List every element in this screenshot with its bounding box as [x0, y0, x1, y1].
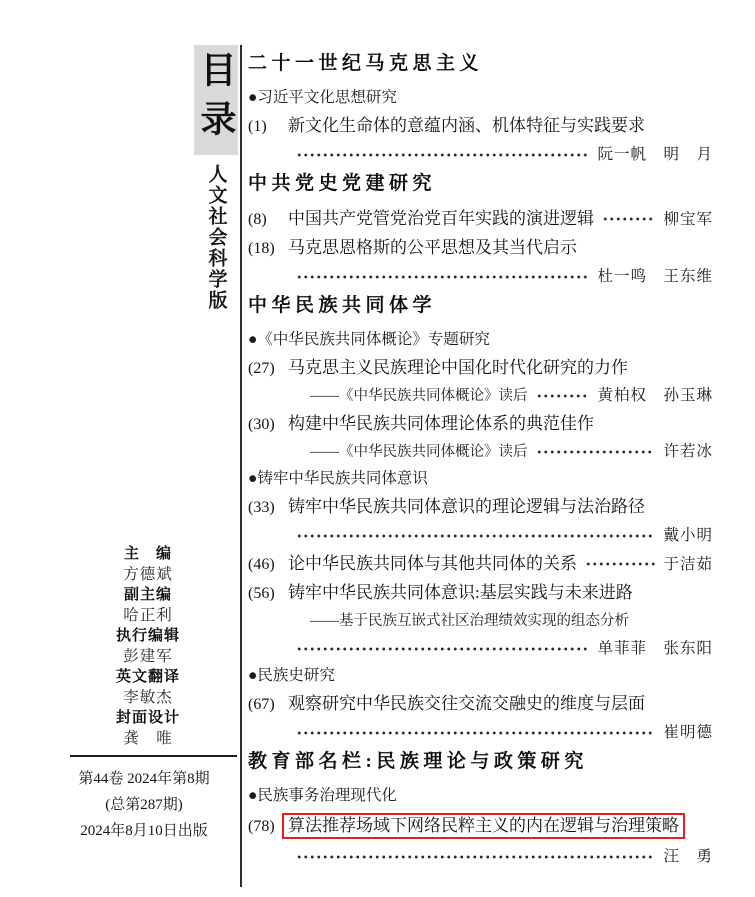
- edition-label-wrap: 人文社会科学版: [194, 164, 238, 311]
- dot-leader: [296, 529, 655, 543]
- dot-leader: [536, 389, 590, 403]
- article-title: 马克思恩格斯的公平思想及其当代启示: [288, 237, 577, 258]
- highlighted-article-title[interactable]: 算法推荐场域下网络民粹主义的内在逻辑与治理策略: [282, 813, 685, 839]
- toc-entry: (8) 中国共产党管党治党百年实践的演进逻辑 柳宝军: [248, 208, 713, 230]
- page-number: (1): [248, 116, 288, 137]
- article-title: 铸牢中华民族共同体意识的理论逻辑与法治路径: [288, 496, 645, 517]
- page-number: (8): [248, 209, 288, 230]
- toc-entry: (33) 铸牢中华民族共同体意识的理论逻辑与法治路径: [248, 496, 713, 518]
- toc-entry: (67) 观察研究中华民族交往交流交融史的维度与层面: [248, 693, 713, 715]
- editor-role: 副主编: [58, 585, 238, 605]
- article-authors: 单菲菲 张东阳: [597, 638, 713, 659]
- editor-role: 主 编: [58, 544, 238, 564]
- toc-title-block: 目录: [194, 45, 238, 155]
- article-authors: 崔明德: [663, 722, 713, 743]
- editor-name: 李敏杰: [58, 687, 238, 708]
- article-title: 铸牢中华民族共同体意识:基层实践与未来进路: [288, 582, 633, 603]
- topic-label: ●习近平文化思想研究: [248, 88, 713, 108]
- journal-toc-page: 目录 人文社会科学版 主 编 方德斌 副主编 哈正利 执行编辑 彭建军 英文翻译…: [0, 0, 755, 897]
- leader-line: 戴小明: [248, 525, 713, 546]
- dot-leader: [602, 212, 655, 226]
- page-number: (30): [248, 414, 288, 435]
- page-number: (46): [248, 554, 288, 575]
- toc-entry: (78) 算法推荐场域下网络民粹主义的内在逻辑与治理策略: [248, 813, 713, 839]
- article-subtitle: ——《中华民族共同体概论》读后: [310, 442, 528, 462]
- editor-name: 哈正利: [58, 605, 238, 626]
- dot-leader: [296, 850, 655, 864]
- toc-content: 二十一世纪马克思主义 ●习近平文化思想研究 (1) 新文化生命体的意蕴内涵、机体…: [248, 52, 713, 874]
- toc-entry: (30) 构建中华民族共同体理论体系的典范佳作: [248, 413, 713, 435]
- page-number: (67): [248, 694, 288, 715]
- page-number: (27): [248, 358, 288, 379]
- article-authors: 阮一帆 明 月: [597, 144, 713, 165]
- editor-name: 彭建军: [58, 646, 238, 667]
- toc-entry: (1) 新文化生命体的意蕴内涵、机体特征与实践要求: [248, 115, 713, 137]
- toc-entry: (46) 论中华民族共同体与其他共同体的关系 于洁茹: [248, 553, 713, 575]
- issue-info: 第44卷 2024年第8期 (总第287期) 2024年8月10日出版: [48, 766, 240, 844]
- article-title: 马克思主义民族理论中国化时代化研究的力作: [288, 357, 628, 378]
- article-title: 中国共产党管党治党百年实践的演进逻辑: [288, 208, 594, 229]
- dot-leader: [585, 557, 655, 571]
- article-authors: 于洁茹: [663, 554, 713, 575]
- page-number: (56): [248, 583, 288, 604]
- page-number: (18): [248, 238, 288, 259]
- article-title: 构建中华民族共同体理论体系的典范佳作: [288, 413, 594, 434]
- toc-entry: (56) 铸牢中华民族共同体意识:基层实践与未来进路: [248, 582, 713, 604]
- dot-leader: [296, 642, 589, 656]
- topic-label: ●《中华民族共同体概论》专题研究: [248, 330, 713, 350]
- issue-total: (总第287期): [48, 792, 240, 818]
- topic-label: ●铸牢中华民族共同体意识: [248, 469, 713, 489]
- issue-volume: 第44卷 2024年第8期: [48, 766, 240, 792]
- dot-leader: [296, 726, 655, 740]
- sidebar-horizontal-rule: [70, 755, 237, 757]
- edition-label: 人文社会科学版: [207, 164, 226, 311]
- article-title: 新文化生命体的意蕴内涵、机体特征与实践要求: [288, 115, 645, 136]
- leader-line: 崔明德: [248, 722, 713, 743]
- article-subtitle: ——《中华民族共同体概论》读后: [310, 386, 528, 406]
- vertical-divider: [240, 45, 242, 887]
- subtitle-line: ——《中华民族共同体概论》读后 黄柏权 孙玉琳: [248, 386, 713, 406]
- editor-name: 龚 唯: [58, 728, 238, 749]
- editorial-board: 主 编 方德斌 副主编 哈正利 执行编辑 彭建军 英文翻译 李敏杰 封面设计 龚…: [58, 544, 238, 749]
- section-heading: 教育部名栏:民族理论与政策研究: [248, 750, 713, 774]
- article-title: 论中华民族共同体与其他共同体的关系: [288, 553, 577, 574]
- article-subtitle: ——基于民族互嵌式社区治理绩效实现的组态分析: [310, 611, 629, 631]
- leader-line: 杜一鸣 王东维: [248, 266, 713, 287]
- dot-leader: [296, 148, 589, 162]
- section-heading: 中共党史党建研究: [248, 172, 713, 196]
- editor-role: 英文翻译: [58, 667, 238, 687]
- leader-line: 单菲菲 张东阳: [248, 638, 713, 659]
- article-authors: 汪 勇: [663, 846, 713, 867]
- page-number: (33): [248, 497, 288, 518]
- subtitle-line: ——基于民族互嵌式社区治理绩效实现的组态分析: [248, 611, 713, 631]
- section-heading: 二十一世纪马克思主义: [248, 52, 713, 76]
- subtitle-line: ——《中华民族共同体概论》读后 许若冰: [248, 442, 713, 462]
- dot-leader: [296, 270, 589, 284]
- editor-role: 封面设计: [58, 708, 238, 728]
- leader-line: 阮一帆 明 月: [248, 144, 713, 165]
- editor-name: 方德斌: [58, 564, 238, 585]
- article-authors: 许若冰: [663, 442, 713, 462]
- article-authors: 黄柏权 孙玉琳: [597, 386, 713, 406]
- article-title: 观察研究中华民族交往交流交融史的维度与层面: [288, 693, 645, 714]
- topic-label: ●民族史研究: [248, 666, 713, 686]
- article-authors: 杜一鸣 王东维: [597, 266, 713, 287]
- leader-line: 汪 勇: [248, 846, 713, 867]
- toc-title: 目录: [198, 51, 234, 149]
- article-authors: 戴小明: [663, 525, 713, 546]
- toc-entry: (18) 马克思恩格斯的公平思想及其当代启示: [248, 237, 713, 259]
- section-heading: 中华民族共同体学: [248, 294, 713, 318]
- toc-entry: (27) 马克思主义民族理论中国化时代化研究的力作: [248, 357, 713, 379]
- article-authors: 柳宝军: [663, 209, 713, 230]
- editor-role: 执行编辑: [58, 626, 238, 646]
- issue-date: 2024年8月10日出版: [48, 818, 240, 844]
- dot-leader: [536, 445, 656, 459]
- topic-label: ●民族事务治理现代化: [248, 786, 713, 806]
